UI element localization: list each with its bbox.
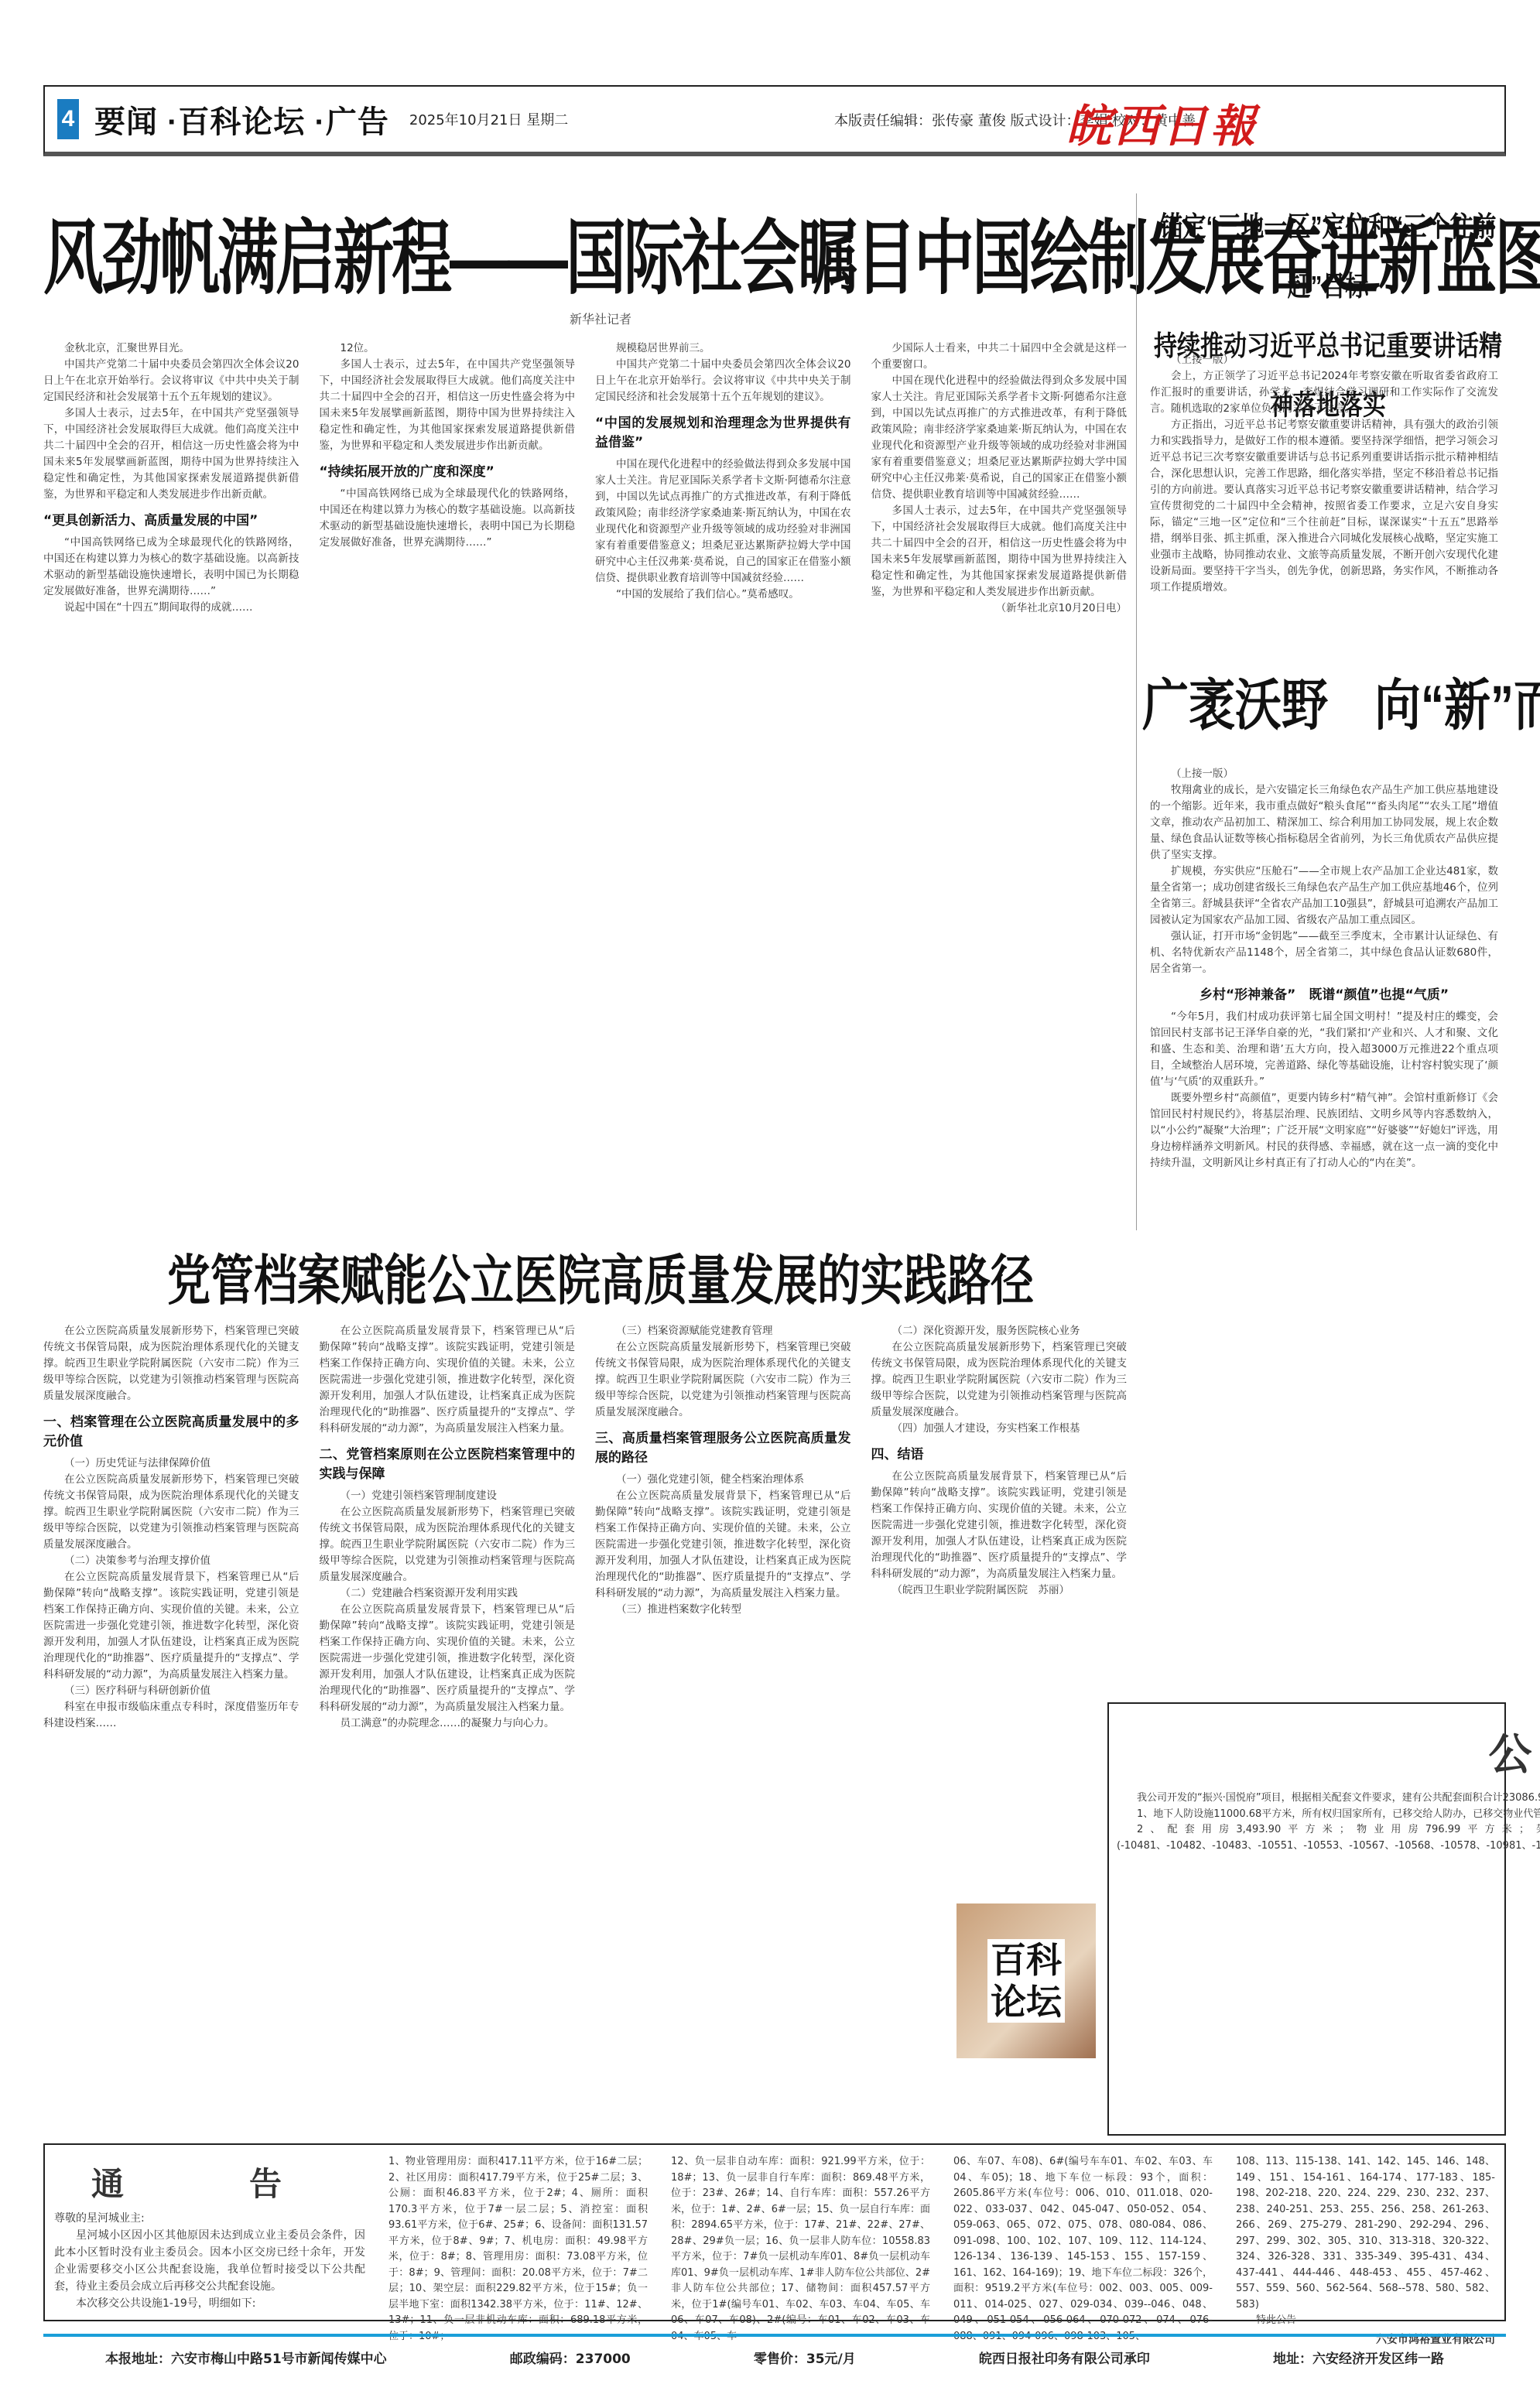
forum-label: 论坛 [987, 1981, 1065, 2023]
paragraph: 在公立医院高质量发展新形势下，档案管理已突破传统文书保管局限，成为医院治理体系现… [320, 1504, 576, 1585]
footer-printer-address: 地址：六安经济开发区纬一路 [1273, 2348, 1444, 2367]
encyclopedia-label: 百科 [987, 1939, 1065, 1981]
continued-note: （上接一版） [1150, 766, 1498, 782]
notice-gaodi-col-1: 公 告 我公司开发的“振兴·国悦府”项目，根据相关配套文件要求，建有公共配套面积… [1117, 1715, 1540, 2123]
hospital-column-3: （三）档案资源赋能党建教育管理 在公立医院高质量发展新形势下，档案管理已突破传统… [595, 1323, 851, 2136]
author-credit: （皖西卫生职业学院附属医院 苏丽） [871, 1582, 1128, 1599]
paragraph: 在公立医院高质量发展背景下，档案管理已从“后勤保障”转向“战略支撑”。该院实践证… [871, 1469, 1128, 1582]
paragraph: 会上，方正领学了习近平总书记2024年考察安徽在听取省委省政府工作汇报时的重要讲… [1150, 368, 1498, 417]
closing-line: 特此公告 [1236, 2313, 1495, 2329]
masthead: 4 要闻 ·百科论坛 ·广告 2025年10月21日 星期二 本版责任编辑：张传… [43, 85, 1506, 156]
paragraph: 12位。 [320, 340, 576, 357]
footer-printer: 皖西日报社印务有限公司承印 [979, 2348, 1150, 2367]
hospital-subhead: 四、结语 [871, 1443, 1128, 1462]
paragraph: 在公立医院高质量发展背景下，档案管理已从“后勤保障”转向“战略支撑”。该院实践证… [43, 1569, 299, 1683]
paragraph: 员工满意”的办院理念……的凝聚力与向心力。 [320, 1715, 576, 1732]
paragraph: 在公立医院高质量发展新形势下，档案管理已突破传统文书保管局限，成为医院治理体系现… [43, 1472, 299, 1553]
paragraph: （三）档案资源赋能党建教育管理 [595, 1323, 851, 1339]
paragraph: 少国际人士看来，中共二十届四中全会就是这样一个重要窗口。 [871, 340, 1128, 373]
hospital-column-2: 在公立医院高质量发展背景下，档案管理已从“后勤保障”转向“战略支撑”。该院实践证… [320, 1323, 576, 2136]
paragraph: 金秋北京，汇聚世界目光。 [43, 340, 299, 357]
paragraph: 在公立医院高质量发展新形势下，档案管理已突破传统文书保管局限，成为医院治理体系现… [43, 1323, 299, 1404]
hospital-subhead: 三、高质量档案管理服务公立医院高质量发展的路径 [595, 1427, 851, 1466]
notice-xinghe-col-2: 1、物业管理用房：面积417.11平方米，位于16#二层；2、社区用房：面积41… [388, 2154, 648, 2348]
paragraph: 2、配套用房3,493.90平方米；物业用房796.99平方米；架空层2,440… [1117, 1822, 1540, 1854]
right-article-2-subhead: 乡村“形神兼备” 既谱“颜值”也提“气质” [1150, 983, 1498, 1003]
page-footer: 本报地址：六安市梅山中路51号市新闻传媒中心 邮政编码：237000 零售价：3… [43, 2334, 1506, 2367]
lead-column-3: 规模稳居世界前三。 中国共产党第二十届中央委员会第四次全体会议20日上午在北京开… [595, 340, 851, 1254]
footer-postcode: 邮政编码：237000 [510, 2348, 631, 2367]
newspaper-page: 4 要闻 ·百科论坛 ·广告 2025年10月21日 星期二 本版责任编辑：张传… [43, 85, 1506, 2329]
lead-subhead-2: “持续拓展开放的广度和深度” [320, 460, 576, 480]
right-headline-2: 广袤沃野 向“新”而行 [1142, 662, 1498, 741]
footer-address: 本报地址：六安市梅山中路51号市新闻传媒中心 [105, 2348, 387, 2367]
paragraph: 中国在现代化进程中的经验做法得到众多发展中国家人士关注。肯尼亚国际关系学者卡文斯… [871, 373, 1128, 503]
lead-byline: 新华社记者 [570, 310, 631, 327]
paragraph: 多国人士表示，过去5年，在中国共产党坚强领导下，中国经济社会发展取得巨大成就。他… [320, 357, 576, 454]
paragraph: 中国共产党第二十届中央委员会第四次全体会议20日上午在北京开始举行。会议将审议《… [43, 357, 299, 405]
notice-xinghe-col-4: 06、车07、车08)、6#(编号车车01、车02、车03、车04、车05)；1… [953, 2154, 1213, 2348]
hospital-subhead: 一、档案管理在公立医院高质量发展中的多元价值 [43, 1411, 299, 1449]
paragraph: （三）推进档案数字化转型 [595, 1602, 851, 1618]
paragraph: （三）医疗科研与科研创新价值 [43, 1683, 299, 1699]
paragraph: 既要外塑乡村“高颜值”，更要内铸乡村“精气神”。会馆村重新修订《会馆回民村村规民… [1150, 1090, 1498, 1172]
lead-subhead-3: “中国的发展规划和治理理念为世界提供有益借鉴” [595, 412, 851, 450]
paragraph: “中国的发展给了我们信心。”莫希感叹。 [595, 587, 851, 603]
right-article-1-body: （上接一版） 会上，方正领学了习近平总书记2024年考察安徽在听取省委省政府工作… [1150, 352, 1498, 607]
paragraph: “中国高铁网络已成为全球最现代化的铁路网络，中国还在构建以算力为核心的数字基础设… [43, 535, 299, 600]
paragraph: 说起中国在“十四五”期间取得的成就…… [43, 600, 299, 616]
lead-article-body: 金秋北京，汇聚世界目光。 中国共产党第二十届中央委员会第四次全体会议20日上午在… [43, 340, 1127, 1254]
paragraph: 中国在现代化进程中的经验做法得到众多发展中国家人士关注。肯尼亚国际关系学者卡文斯… [595, 457, 851, 587]
paragraph: 规模稳居世界前三。 [595, 340, 851, 357]
lead-column-2: 12位。 多国人士表示，过去5年，在中国共产党坚强领导下，中国经济社会发展取得巨… [320, 340, 576, 1254]
paragraph: （二）决策参考与治理支撑价值 [43, 1553, 299, 1569]
dateline: （新华社北京10月20日电） [871, 600, 1128, 617]
page-number: 4 [57, 99, 79, 139]
issue-date: 2025年10月21日 星期二 [409, 109, 568, 129]
column-divider [1136, 193, 1137, 1230]
paragraph: 星河城小区因小区其他原因未达到成立业主委员会条件，因此本小区暂时没有业主委员会。… [54, 2227, 365, 2295]
paragraph: 在公立医院高质量发展背景下，档案管理已从“后勤保障”转向“战略支撑”。该院实践证… [595, 1488, 851, 1602]
notice-gaodi: 公 告 我公司开发的“振兴·国悦府”项目，根据相关配套文件要求，建有公共配套面积… [1107, 1702, 1506, 2136]
paragraph: （一）强化党建引领，健全档案治理体系 [595, 1472, 851, 1488]
salutation: 尊敬的星河城业主: [54, 2210, 365, 2227]
paragraph: 多国人士表示，过去5年，在中国共产党坚强领导下，中国经济社会发展取得巨大成就。他… [871, 503, 1128, 600]
hospital-headline: 党管档案赋能公立医院高质量发展的实践路径 [67, 1238, 1134, 1315]
paragraph: 强认证，打开市场“金钥匙”——截至三季度末，全市累计认证绿色、有机、名特优新农产… [1150, 929, 1498, 977]
paragraph: 牧翔禽业的成长，是六安锚定长三角绿色农产品生产加工供应基地建设的一个缩影。近年来… [1150, 782, 1498, 864]
paragraph: “中国高铁网络已成为全球最现代化的铁路网络，中国还在构建以算力为核心的数字基础设… [320, 486, 576, 551]
paragraph: （二）深化资源开发，服务医院核心业务 [871, 1323, 1128, 1339]
paragraph: 中国共产党第二十届中央委员会第四次全体会议20日上午在北京开始举行。会议将审议《… [595, 357, 851, 405]
lead-column-1: 金秋北京，汇聚世界目光。 中国共产党第二十届中央委员会第四次全体会议20日上午在… [43, 340, 299, 1254]
paragraph: 方正指出，习近平总书记考察安徽重要讲话精神，具有强大的政治引领力和实践指导力，是… [1150, 417, 1498, 596]
paragraph: 我公司开发的“振兴·国悦府”项目，根据相关配套文件要求，建有公共配套面积合计23… [1117, 1791, 1540, 1807]
paragraph: （一）历史凭证与法律保障价值 [43, 1455, 299, 1472]
notice-xinghe-col-3: 12、负一层非自动车库：面积：921.99平方米，位于：18#；13、负一层非自… [671, 2154, 930, 2348]
encyclopedia-forum-image: 百科 论坛 [957, 1903, 1096, 2058]
paragraph: 在公立医院高质量发展新形势下，档案管理已突破传统文书保管局限，成为医院治理体系现… [871, 1339, 1128, 1421]
paragraph: 在公立医院高质量发展背景下，档案管理已从“后勤保障”转向“战略支撑”。该院实践证… [320, 1323, 576, 1437]
paragraph: 扩规模，夯实供应“压舱石”——全市规上农产品加工企业达481家，数量全省第一；成… [1150, 864, 1498, 929]
lead-subhead-1: “更具创新活力、高质量发展的中国” [43, 509, 299, 528]
notice-xinghe-col-1: 通 告 尊敬的星河城业主: 星河城小区因小区其他原因未达到成立业主委员会条件，因… [54, 2154, 365, 2348]
paragraph: （四）加强人才建设，夯实档案工作根基 [871, 1421, 1128, 1437]
paragraph: 本次移交公共设施1-19号，明细如下: [54, 2295, 365, 2312]
paragraph: 在公立医院高质量发展新形势下，档案管理已突破传统文书保管局限，成为医院治理体系现… [595, 1339, 851, 1421]
paragraph: 108、113、115-138、141、142、145、146、148、149、… [1236, 2154, 1495, 2313]
paragraph: 在公立医院高质量发展背景下，档案管理已从“后勤保障”转向“战略支撑”。该院实践证… [320, 1602, 576, 1715]
notice-xinghe: 通 告 尊敬的星河城业主: 星河城小区因小区其他原因未达到成立业主委员会条件，因… [43, 2143, 1506, 2321]
footer-price: 零售价：35元/月 [754, 2348, 856, 2367]
notice-title: 公 告 [1117, 1721, 1540, 1783]
section-title: 要闻 ·百科论坛 ·广告 [94, 97, 389, 142]
continued-note: （上接一版） [1150, 352, 1498, 368]
hospital-column-1: 在公立医院高质量发展新形势下，档案管理已突破传统文书保管局限，成为医院治理体系现… [43, 1323, 299, 2136]
paragraph: “今年5月，我们村成功获评第七届全国文明村！”提及村庄的蝶变，会馆回民村支部书记… [1150, 1009, 1498, 1090]
newspaper-logo: 皖西日報 [1066, 90, 1258, 155]
notice-title: 通 告 [54, 2159, 365, 2205]
paragraph: （一）党建引领档案管理制度建设 [320, 1488, 576, 1504]
right-article-2-body: （上接一版） 牧翔禽业的成长，是六安锚定长三角绿色农产品生产加工供应基地建设的一… [1150, 766, 1498, 1555]
paragraph: （二）党建融合档案资源开发利用实践 [320, 1585, 576, 1602]
lead-column-4: 少国际人士看来，中共二十届四中全会就是这样一个重要窗口。 中国在现代化进程中的经… [871, 340, 1128, 1254]
hospital-subhead: 二、党管档案原则在公立医院档案管理中的实践与保障 [320, 1443, 576, 1482]
paragraph: 多国人士表示，过去5年，在中国共产党坚强领导下，中国经济社会发展取得巨大成就。他… [43, 405, 299, 503]
paragraph: 1、地下人防设施11000.68平方米，所有权归国家所有，已移交给人防办，已移交… [1117, 1807, 1540, 1823]
lead-headline: 风劲帆满启新程——国际社会瞩目中国绘制发展奋进新蓝图 [43, 193, 1127, 310]
paragraph: 科室在申报市级临床重点专科时，深度借鉴历年专科建设档案…… [43, 1699, 299, 1732]
notice-xinghe-col-5: 108、113、115-138、141、142、145、146、148、149、… [1236, 2154, 1495, 2348]
headline-line: 锚定“三地一区”定位和“三个往前赶”目标 [1146, 198, 1510, 317]
